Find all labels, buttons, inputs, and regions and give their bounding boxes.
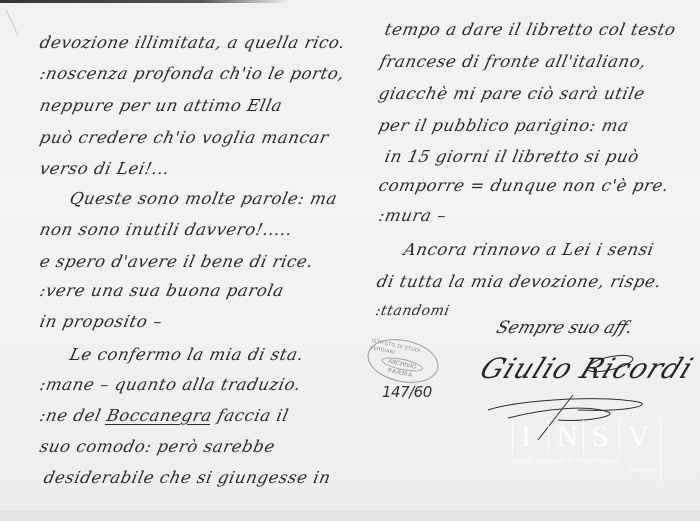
text-line: devozione illimitata, a quella rico.: [38, 33, 347, 52]
scan-bottom-margin: [0, 510, 700, 521]
text-line: Queste sono molte parole: ma: [68, 189, 339, 208]
text-line: desiderabile che si giungesse in: [42, 468, 333, 487]
watermark-letter: V: [619, 420, 655, 454]
scan-edge: [0, 0, 290, 3]
text-fragment: faccia il: [216, 406, 291, 425]
watermark-letter: S: [583, 420, 619, 454]
text-line: neppure per un attimo Ella: [38, 96, 284, 115]
text-line: non sono inutili davvero!.....: [38, 220, 294, 239]
watermark-title: Istituto Nazionale di Studi Verdiani: [512, 456, 660, 466]
text-line: e spero d'avere il bene di rice.: [38, 252, 315, 271]
text-line: per il pubblico parigino: ma: [377, 116, 631, 135]
text-line: :noscenza profonda ch'io le porto,: [38, 64, 346, 83]
text-line: giacchè mi pare ciò sarà utile: [377, 84, 647, 103]
letter-sheet: devozione illimitata, a quella rico. :no…: [0, 0, 700, 510]
text-line: può credere ch'io voglia mancar: [38, 128, 331, 147]
text-line: Le confermo la mia di sta.: [68, 345, 306, 364]
insv-watermark: I N S V Istituto Nazionale di Studi Verd…: [512, 420, 661, 482]
text-line: :vere una sua buona parola: [38, 281, 286, 300]
text-line: in 15 giorni il libretto si può: [383, 147, 641, 166]
watermark-letter: I: [512, 420, 548, 454]
archive-stamp: ISTITUTO DI STUDI VERDIANI ARCHIVIO PARM…: [363, 333, 442, 389]
text-line: Ancora rinnovo a Lei i sensi: [402, 240, 656, 259]
text-fragment: :ne del: [38, 406, 103, 425]
text-line: in proposito –: [38, 312, 164, 331]
watermark-letters: I N S V: [512, 420, 654, 454]
opera-title: Boccanegra: [105, 406, 214, 425]
text-line: di tutta la mia devozione, rispe.: [375, 272, 663, 291]
text-line: francese di fronte all'italiano,: [378, 52, 648, 71]
text-line: :mane – quanto alla traduzio.: [38, 375, 303, 394]
archive-number: 147/60: [382, 383, 432, 401]
signature: Giulio Ricordi: [475, 352, 698, 385]
closing-salutation: Sempre suo aff.: [494, 318, 636, 338]
text-line: :ttandomi: [374, 303, 451, 319]
text-line: suo comodo: però sarebbe: [38, 437, 277, 456]
watermark-letter: N: [548, 420, 584, 454]
text-line: verso di Lei!...: [38, 159, 172, 178]
paper-crease: [4, 8, 24, 38]
text-line: tempo a dare il libretto col testo: [383, 20, 678, 39]
text-line: comporre = dunque non c'è pre.: [377, 176, 671, 195]
watermark-subtitle: Fondazione: [512, 466, 660, 474]
text-line-with-title: :ne del Boccanegra faccia il: [38, 406, 291, 425]
text-line: :mura –: [377, 206, 448, 225]
